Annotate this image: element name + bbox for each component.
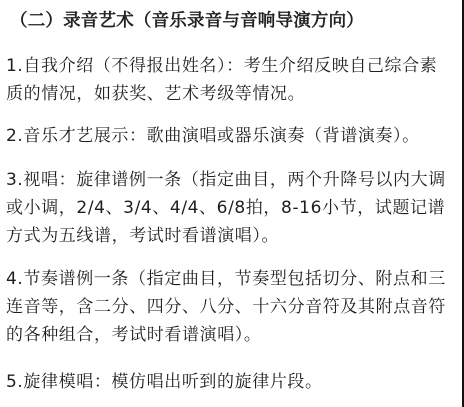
item-5-line-1: 5.旋律模唱：模仿唱出听到的旋律片段。 [6, 368, 456, 396]
section-heading: （二）录音艺术（音乐录音与音响导演方向） [10, 7, 364, 32]
document-page: （二）录音艺术（音乐录音与音响导演方向） 1.自我介绍（不得报出姓名）：考生介绍… [0, 0, 462, 407]
item-4-line-1: 4.节奏谱例一条（指定曲目，节奏型包括切分、附点和三 [6, 265, 456, 293]
requirement-item-3: 3.视唱：旋律谱例一条（指定曲目，两个升降号以内大调 或小调，2/4、3/4、4… [6, 166, 456, 250]
item-2-line-1: 2.音乐才艺展示：歌曲演唱或器乐演奏（背谱演奏）。 [6, 122, 456, 150]
requirement-item-1: 1.自我介绍（不得报出姓名）：考生介绍反映自己综合素 质的情况，如获奖、艺术考级… [6, 52, 456, 108]
item-1-line-1: 1.自我介绍（不得报出姓名）：考生介绍反映自己综合素 [6, 52, 456, 80]
requirement-item-4: 4.节奏谱例一条（指定曲目，节奏型包括切分、附点和三 连音等，含二分、四分、八分… [6, 265, 456, 349]
item-3-line-1: 3.视唱：旋律谱例一条（指定曲目，两个升降号以内大调 [6, 166, 456, 194]
item-3-line-3: 方式为五线谱，考试时看谱演唱）。 [6, 222, 456, 250]
item-1-line-2: 质的情况，如获奖、艺术考级等情况。 [6, 80, 456, 108]
requirement-item-2: 2.音乐才艺展示：歌曲演唱或器乐演奏（背谱演奏）。 [6, 122, 456, 150]
requirement-item-5: 5.旋律模唱：模仿唱出听到的旋律片段。 [6, 368, 456, 396]
item-3-line-2: 或小调，2/4、3/4、4/4、6/8拍，8-16小节，试题记谱 [6, 194, 456, 222]
item-4-line-3: 的各种组合，考试时看谱演唱）。 [6, 321, 456, 349]
item-4-line-2: 连音等，含二分、四分、八分、十六分音符及其附点音符 [6, 293, 456, 321]
